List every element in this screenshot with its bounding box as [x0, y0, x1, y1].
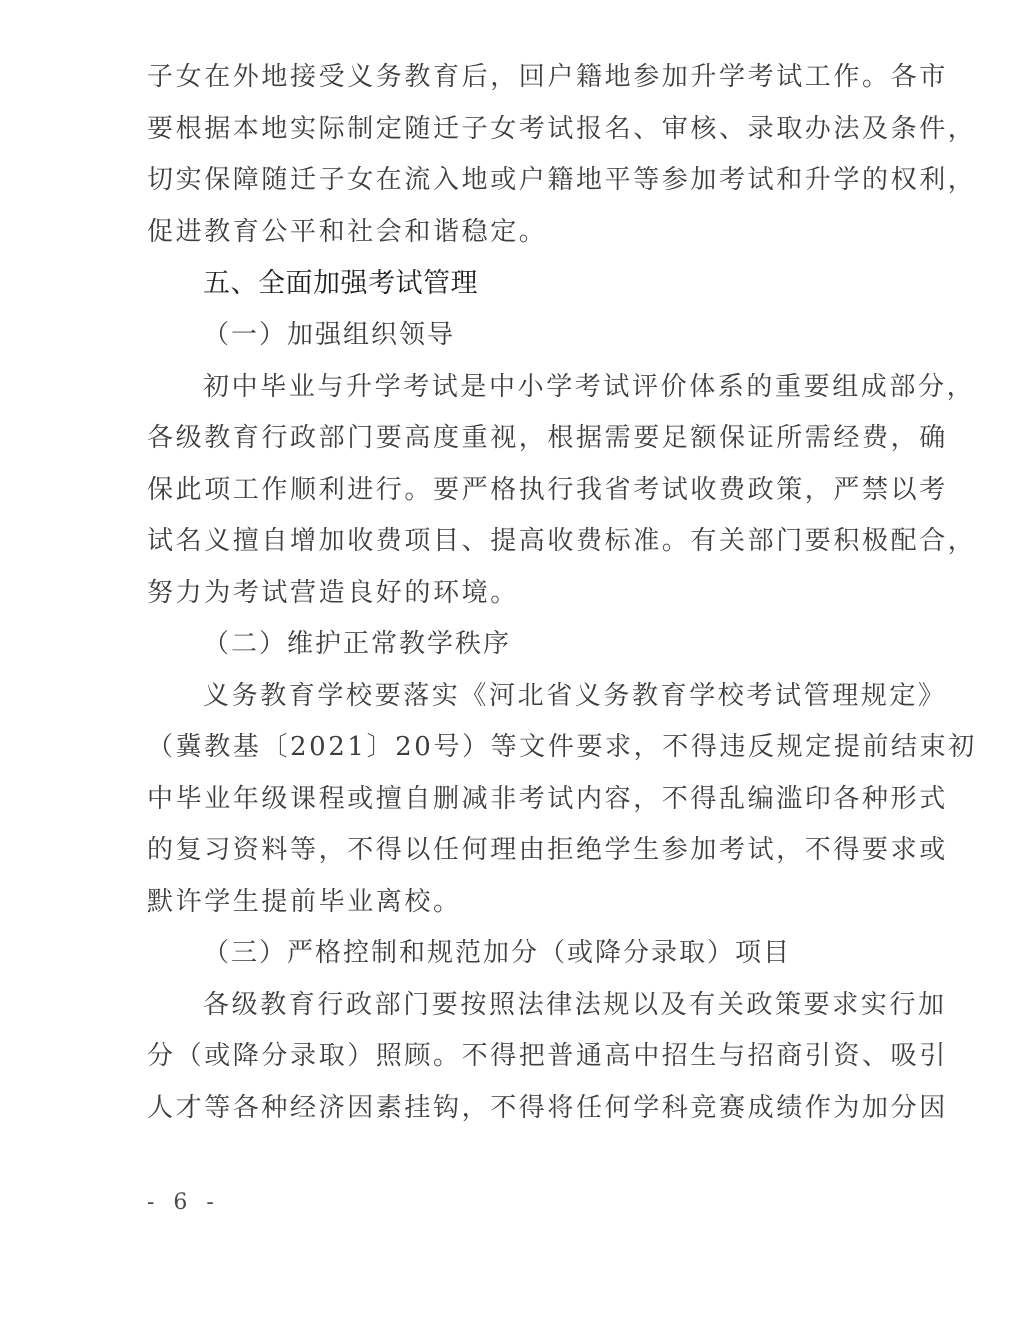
paragraph-first-line: 义务教育学校要落实《河北省义务教育学校考试管理规定》: [203, 679, 937, 713]
body-line: 默许学生提前毕业离校。: [147, 885, 937, 919]
body-line: 分（或降分录取）照顾。不得把普通高中招生与招商引资、吸引: [147, 1039, 937, 1073]
document-page: 子女在外地接受义务教育后，回户籍地参加升学考试工作。各市 要根据本地实际制定随迁…: [0, 0, 1036, 1341]
paragraph-first-line: 初中毕业与升学考试是中小学考试评价体系的重要组成部分，: [203, 370, 937, 404]
section-heading: 五、全面加强考试管理: [203, 267, 937, 301]
body-line: 子女在外地接受义务教育后，回户籍地参加升学考试工作。各市: [147, 60, 937, 94]
body-line: 人才等各种经济因素挂钩，不得将任何学科竞赛成绩作为加分因: [147, 1091, 937, 1125]
body-line: 要根据本地实际制定随迁子女考试报名、审核、录取办法及条件，: [147, 112, 937, 146]
body-line: （冀教基〔2021〕20号）等文件要求，不得违反规定提前结束初: [147, 730, 937, 764]
body-line: 保此项工作顺利进行。要严格执行我省考试收费政策，严禁以考: [147, 473, 937, 507]
body-line: 努力为考试营造良好的环境。: [147, 576, 937, 610]
body-line: 的复习资料等，不得以任何理由拒绝学生参加考试，不得要求或: [147, 833, 937, 867]
body-line: 各级教育行政部门要高度重视，根据需要足额保证所需经费，确: [147, 421, 937, 455]
body-line: 中毕业年级课程或擅自删减非考试内容，不得乱编滥印各种形式: [147, 782, 937, 816]
subsection-heading: （一）加强组织领导: [203, 318, 937, 352]
subsection-heading: （二）维护正常教学秩序: [203, 627, 937, 661]
body-line: 试名义擅自增加收费项目、提高收费标准。有关部门要积极配合，: [147, 524, 937, 558]
body-line: 促进教育公平和社会和谐稳定。: [147, 215, 937, 249]
paragraph-first-line: 各级教育行政部门要按照法律法规以及有关政策要求实行加: [203, 988, 937, 1022]
subsection-heading: （三）严格控制和规范加分（或降分录取）项目: [203, 936, 937, 970]
page-number: - 6 -: [147, 1190, 220, 1215]
body-line: 切实保障随迁子女在流入地或户籍地平等参加考试和升学的权利，: [147, 163, 937, 197]
